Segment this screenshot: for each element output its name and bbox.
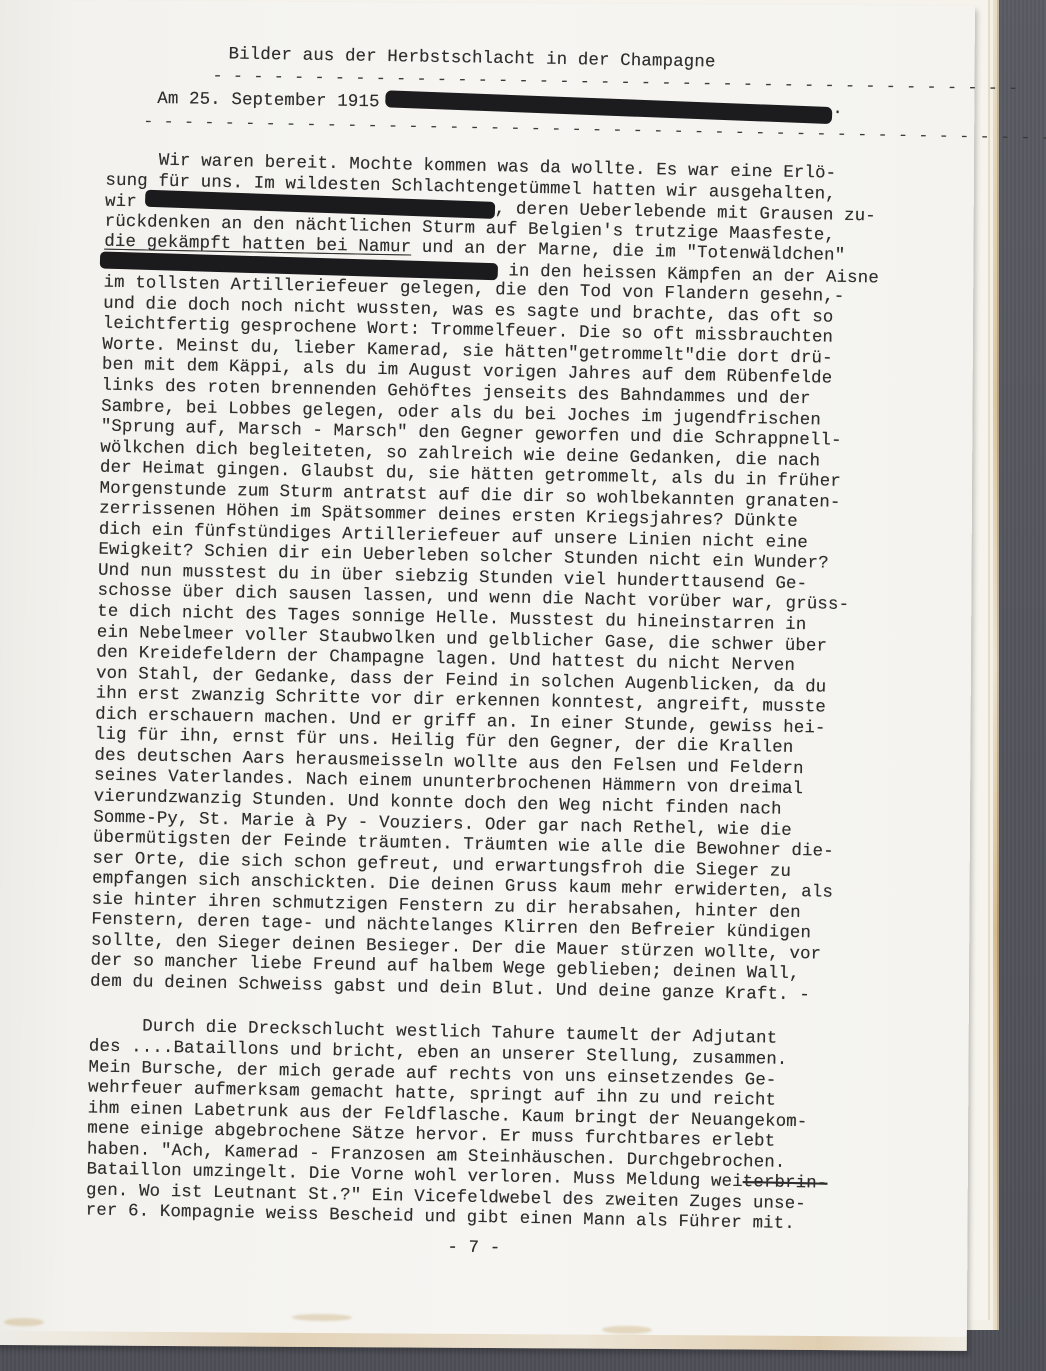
body-text: Wir waren bereit. Mochte kommen was da w…	[86, 151, 882, 1238]
dateline-period: .	[832, 100, 843, 121]
dateline-text: Am 25. September 1915	[157, 90, 380, 114]
typewritten-page: Bilder aus der Herbstschlacht in der Cha…	[0, 0, 975, 1351]
foxing-stain	[292, 1314, 352, 1321]
dateline-underline-dashes: - - - - - - - - - - - - - - - - - - - - …	[143, 113, 1046, 155]
struck-text: terbrin-	[743, 1173, 828, 1194]
foxing-stain	[602, 1326, 652, 1334]
foxing-stain	[4, 1318, 44, 1326]
page-number: - 7 -	[447, 1239, 500, 1260]
